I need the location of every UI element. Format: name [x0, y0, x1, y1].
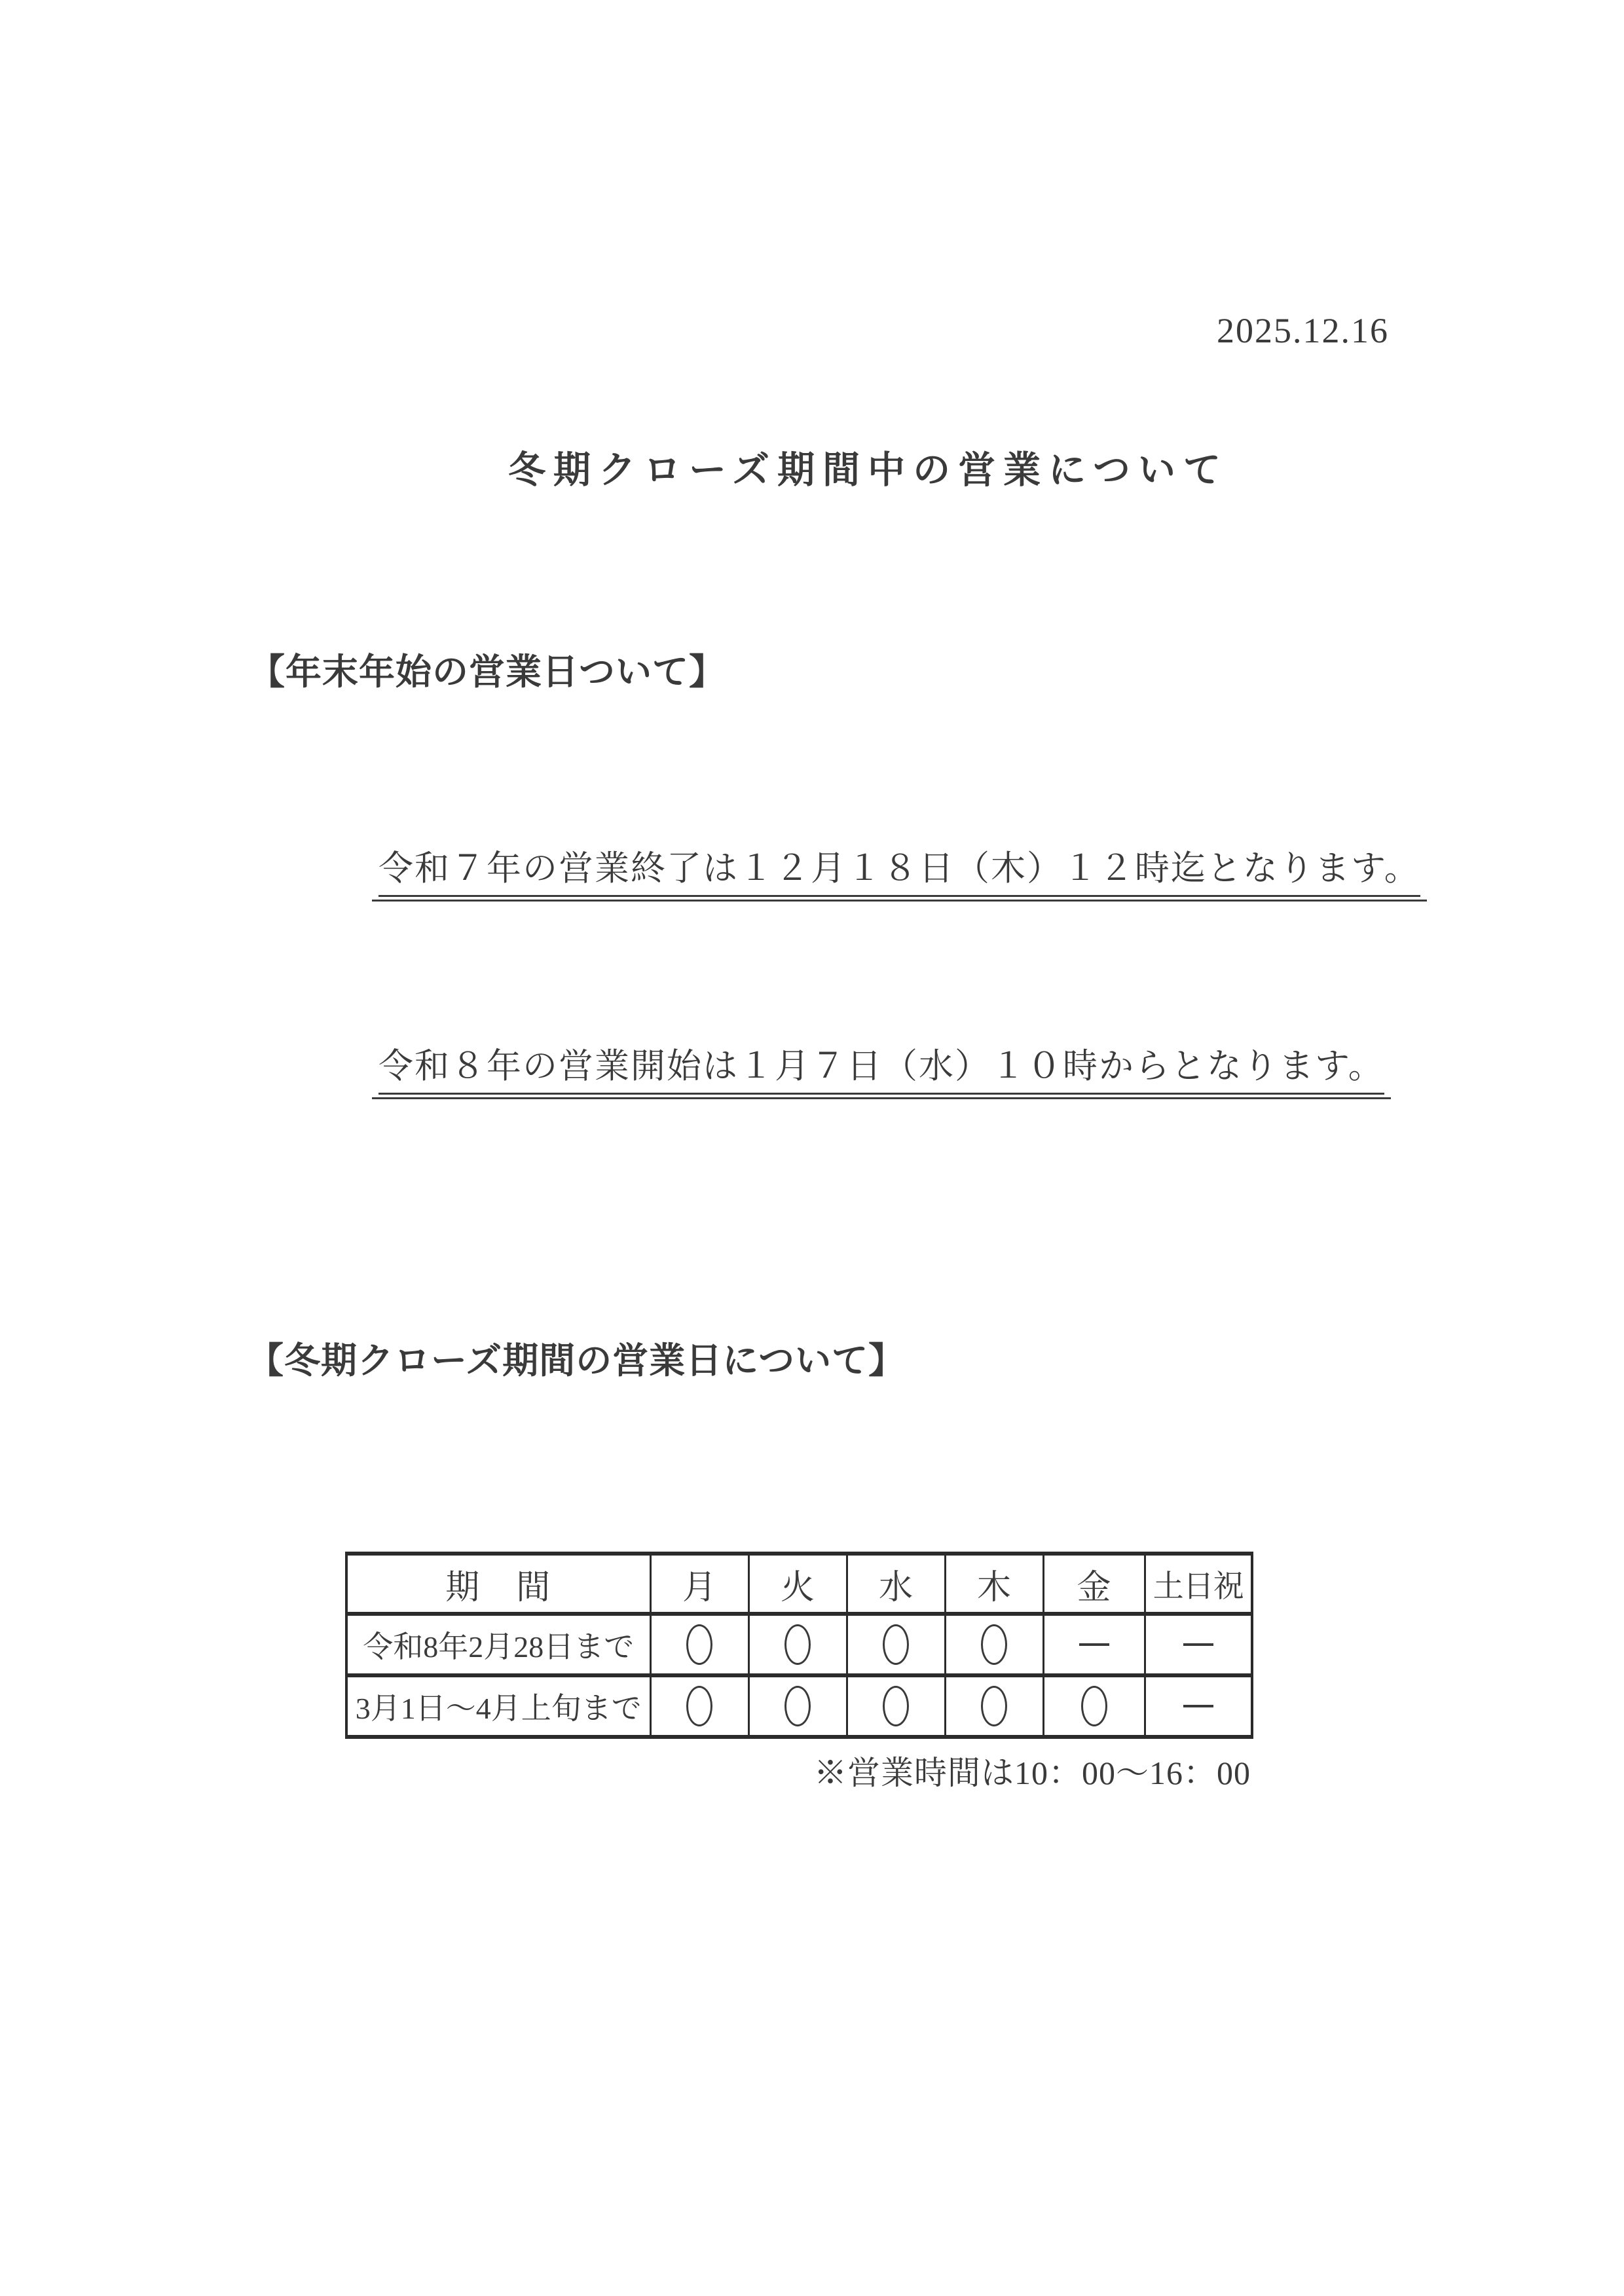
table-row: 3月1日～4月上旬まで — [346, 1675, 1252, 1737]
header-friday: 金 — [1043, 1554, 1145, 1614]
table-row: 令和8年2月28日まで — [346, 1614, 1252, 1675]
period-label: 令和8年2月28日まで — [346, 1614, 650, 1675]
header-thursday: 木 — [945, 1554, 1043, 1614]
open-circle-mark — [784, 1686, 811, 1726]
header-weekend-holiday: 土日祝 — [1145, 1554, 1252, 1614]
scanned-notice-page: 2025.12.16 冬期クローズ期間中の営業について 【年末年始の営業日ついて… — [0, 0, 1624, 2296]
closed-dash-mark — [1183, 1643, 1213, 1646]
open-circle-mark — [686, 1624, 712, 1665]
day-cell-mon — [650, 1614, 748, 1675]
section-heading-newyear: 【年末年始の営業日ついて】 — [249, 643, 726, 695]
day-cell-mon — [650, 1675, 748, 1737]
day-cell-weekend — [1145, 1675, 1252, 1737]
business-closing-notice: 令和７年の営業終了は１２月１８日（木）１２時迄となります。 — [378, 841, 1427, 902]
document-date: 2025.12.16 — [1217, 310, 1389, 351]
day-cell-weekend — [1145, 1614, 1252, 1675]
section-heading-winter-close: 【冬期クローズ期間の営業日について】 — [248, 1332, 905, 1383]
day-cell-tue — [748, 1675, 847, 1737]
day-cell-thu — [945, 1614, 1043, 1675]
open-circle-mark — [883, 1686, 909, 1726]
header-wednesday: 水 — [847, 1554, 945, 1614]
open-circle-mark — [1081, 1686, 1107, 1726]
period-label: 3月1日～4月上旬まで — [346, 1675, 650, 1737]
header-period: 期 間 — [346, 1554, 650, 1614]
open-circle-mark — [981, 1686, 1007, 1726]
day-cell-wed — [847, 1614, 945, 1675]
open-circle-mark — [686, 1686, 712, 1726]
day-cell-thu — [945, 1675, 1043, 1737]
day-cell-wed — [847, 1675, 945, 1737]
winter-schedule-table: 期 間 月 火 水 木 金 土日祝 令和8年2月28日まで 3月1日～4月上旬ま… — [345, 1552, 1253, 1739]
double-underline: 令和７年の営業終了は１２月１８日（木）１２時迄となります。 — [372, 841, 1427, 902]
double-underline: 令和８年の営業開始は１月７日（水）１０時からとなります。 — [372, 1038, 1391, 1099]
open-circle-mark — [981, 1624, 1007, 1665]
day-cell-fri — [1043, 1614, 1145, 1675]
document-title: 冬期クローズ期間中の営業について — [508, 440, 1228, 494]
business-hours-note: ※営業時間は10：00～16：00 — [814, 1747, 1251, 1794]
open-circle-mark — [883, 1624, 909, 1665]
header-monday: 月 — [650, 1554, 748, 1614]
table-header-row: 期 間 月 火 水 木 金 土日祝 — [346, 1554, 1252, 1614]
closed-dash-mark — [1079, 1643, 1109, 1646]
day-cell-tue — [748, 1614, 847, 1675]
day-cell-fri — [1043, 1675, 1145, 1737]
closed-dash-mark — [1183, 1705, 1213, 1707]
open-circle-mark — [784, 1624, 811, 1665]
business-opening-notice: 令和８年の営業開始は１月７日（水）１０時からとなります。 — [378, 1038, 1391, 1099]
header-tuesday: 火 — [748, 1554, 847, 1614]
